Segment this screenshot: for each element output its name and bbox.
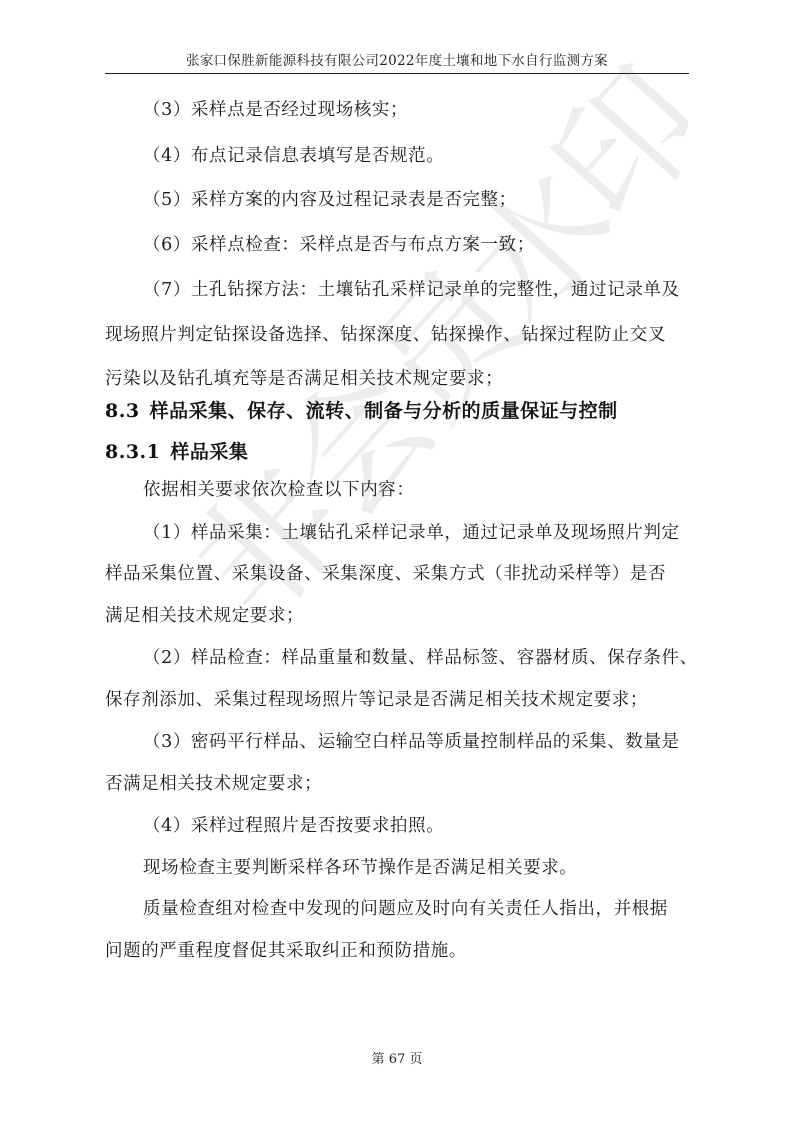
section-heading-8-3: 8.3样品采集、保存、流转、制备与分析的质量保证与控制 [105, 398, 618, 424]
header-rule [105, 73, 689, 74]
page-number: 第 67 页 [0, 1048, 794, 1067]
paragraph-line: 样品采集位置、采集设备、采集深度、采集方式（非扰动采样等）是否 [105, 562, 695, 586]
paragraph-line: （6）采样点检查：采样点是否与布点方案一致； [143, 233, 733, 257]
paragraph-line: 质量检查组对检查中发现的问题应及时向有关责任人指出，并根据 [143, 897, 733, 921]
paragraph-line: （4）采样过程照片是否按要求拍照。 [143, 814, 733, 838]
paragraph-line: （2）样品检查：样品重量和数量、样品标签、容器材质、保存条件、 [143, 646, 733, 670]
section-heading-8-3-1: 8.3.1样品采集 [105, 439, 248, 465]
paragraph-line: （3）密码平行样品、运输空白样品等质量控制样品的采集、数量是 [143, 730, 733, 754]
paragraph-line: （1）样品采集：土壤钻孔采样记录单，通过记录单及现场照片判定 [143, 521, 733, 545]
paragraph-line: 否满足相关技术规定要求； [105, 772, 695, 796]
paragraph-line: 现场检查主要判断采样各环节操作是否满足相关要求。 [143, 856, 733, 880]
paragraph-line: 污染以及钻孔填充等是否满足相关技术规定要求； [105, 367, 695, 391]
paragraph-line: （3）采样点是否经过现场核实； [143, 98, 733, 122]
paragraph-line: 依据相关要求依次检查以下内容： [143, 478, 733, 502]
paragraph-line: （4）布点记录信息表填写是否规范。 [143, 144, 733, 168]
paragraph-line: （7）土孔钻探方法：土壤钻孔采样记录单的完整性，通过记录单及 [143, 278, 733, 302]
section-title: 样品采集、保存、流转、制备与分析的质量保证与控制 [150, 400, 618, 422]
paragraph-line: 保存剂添加、采集过程现场照片等记录是否满足相关技术规定要求； [105, 688, 695, 712]
section-number: 8.3 [105, 400, 140, 422]
section-number: 8.3.1 [105, 441, 160, 463]
section-title: 样品采集 [170, 441, 248, 463]
paragraph-line: （5）采样方案的内容及过程记录表是否完整； [143, 188, 733, 212]
paragraph-line: 现场照片判定钻探设备选择、钻探深度、钻探操作、钻探过程防止交叉 [105, 323, 695, 347]
page-header: 张家口保胜新能源科技有限公司2022年度土壤和地下水自行监测方案 [105, 52, 689, 70]
paragraph-line: 问题的严重程度督促其采取纠正和预防措施。 [105, 939, 695, 963]
paragraph-line: 满足相关技术规定要求； [105, 604, 695, 628]
